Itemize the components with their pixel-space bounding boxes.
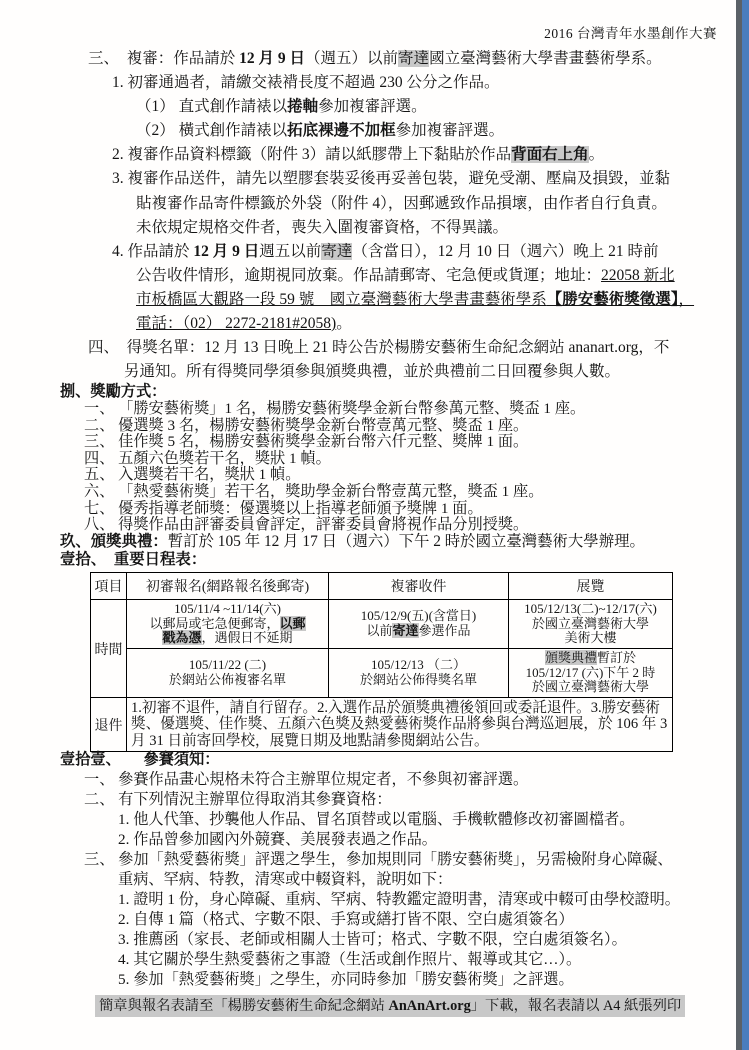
text-segment: 以前: [366, 623, 392, 638]
text-line: 電話：（02） 2272-2181#2058)。: [136, 312, 694, 336]
text-segment: 2. 作品曾參加國內外競賽、美展發表過之作品。: [118, 831, 437, 848]
text-segment: 1. 證明 1 份，身心障礙、重病、罕病、特教鑑定證明書，清寒或中輟可由學校證明…: [118, 891, 680, 908]
text-segment: 參選作品: [419, 623, 471, 638]
text-line: 壹拾、 重要日程表：: [60, 551, 206, 569]
text-line: 2. 複審作品資料標籤（附件 3）請以紙膠帶上下黏貼於作品背面右上角。: [112, 143, 694, 167]
text-segment: 八、 得獎作品由評審委員會評定，評審委員會將視作品分別授獎。: [84, 516, 528, 533]
text-segment: 一、 參賽作品畫心規格未符合主辦單位規定者，不參與初審評選。: [84, 771, 528, 788]
text-line: 105/12/9(五)(含當日): [331, 609, 506, 624]
text-line: 二、 有下列情況主辦單位得取消其參賽資格：: [84, 790, 680, 810]
text-segment: 寄達: [398, 50, 429, 67]
text-line: 公告收件情形，逾期視同放棄。作品請郵寄、宅急便或貨運；地址：22058 新北: [136, 264, 694, 288]
text-line: 4. 作品請於 12 月 9 日週五以前寄達（含當日），12 月 10 日（週六…: [112, 240, 694, 264]
text-segment: （1） 直式創作請裱以: [136, 98, 287, 115]
text-segment: （週五）以前: [305, 50, 398, 67]
footer-download-note: 簡章與報名表請至「楊勝安藝術生命紀念網站 AnAnArt.org」下載，報名表請…: [95, 995, 685, 1017]
text-segment: 1.初審不退件，請自行留存。2.入選作品於頒獎典禮後領回或委託退件。3.勝安藝術…: [131, 700, 667, 749]
schedule-cell-return-policy: 1.初審不退件，請自行留存。2.入選作品於頒獎典禮後領回或委託退件。3.勝安藝術…: [127, 698, 673, 752]
text-line: 3. 推薦函（家長、老師或相關人士皆可；格式、字數不限，空白處須簽名）。: [118, 930, 680, 950]
text-segment: 未依規定規格交件者，喪失入圍複審資格，不得異議。: [136, 219, 508, 236]
text-line: 105/11/4 ~11/14(六): [129, 602, 326, 617]
text-segment: 捲軸: [287, 98, 318, 115]
text-line: 以前寄達參選作品: [331, 624, 506, 639]
text-segment: 2. 自傳 1 篇（格式、字數不限、手寫或繕打皆不限、空白處須簽名）: [118, 911, 574, 928]
text-segment: 週五以前: [259, 243, 321, 260]
text-line: 二、 優選獎 3 名，楊勝安藝術獎學金新台幣壹萬元整、獎盃 1 座。: [84, 418, 585, 435]
section-review: 三、 複審：作品請於 12 月 9 日（週五）以前寄達國立臺灣藝術大學書畫藝術學…: [88, 47, 694, 384]
text-segment: 105/11/4 ~11/14(六): [174, 601, 281, 616]
text-line: 5. 參加「熱愛藝術獎」之學生，亦同時參加「勝安藝術獎」之評選。: [118, 970, 680, 990]
text-segment: 三、 複審：作品請於: [88, 50, 239, 67]
text-line: 貼複審作品寄件標籤於外袋（附件 4），因郵遞致作品損壞，由作者自行負責。: [136, 192, 694, 216]
text-segment: 公告收件情形，逾期視同放棄。作品請郵寄、宅急便或貨運；地址：: [136, 267, 601, 284]
text-line: 壹拾壹、 參賽須知：: [60, 750, 680, 770]
text-segment: 二、 有下列情況主辦單位得取消其參賽資格：: [84, 791, 392, 808]
text-line: 戳為憑，遇假日不延期: [129, 631, 326, 646]
text-segment: 三、 佳作獎 5 名，楊勝安藝術獎學金新台幣六仟元整、獎牌 1 面。: [84, 433, 528, 450]
text-segment: 四、 得獎名單：12 月 13 日晚上 21 時公告於楊勝安藝術生命紀念網站 a…: [88, 339, 669, 356]
text-segment: 另通知。所有得獎同學須參與頒獎典禮，並於典禮前二日回覆參與人數。: [124, 363, 620, 380]
schedule-time-row-1: 時間 105/11/4 ~11/14(六)以郵局或宅急便郵寄，以郵戳為憑，遇假日…: [91, 600, 673, 649]
text-segment: 105/11/22 (二): [189, 657, 266, 672]
text-segment: 以郵局或宅急便郵寄，: [149, 616, 279, 631]
text-line: 3. 複審作品送件，請先以塑膠套裝妥後再妥善包裝，避免受潮、壓扁及損毀，並黏: [112, 167, 694, 191]
text-segment: 以郵: [280, 616, 306, 631]
text-segment: 」下載，報名表請以 A4 紙張列印: [471, 998, 681, 1014]
text-line: 於網站公佈複審名單: [129, 673, 326, 688]
text-segment: 5. 參加「熱愛藝術獎」之學生，亦同時參加「勝安藝術獎」之評選。: [118, 971, 574, 988]
text-line: 105/12/13 （二）: [331, 658, 506, 673]
text-line: 105/12/17 (六)下午 2 時: [511, 666, 670, 681]
text-segment: 105/12/13 （二）: [371, 657, 466, 672]
text-segment: 【勝安藝術獎徵選】: [547, 291, 679, 308]
text-line: 頒獎典禮暫訂於: [511, 651, 670, 666]
text-line: 1. 證明 1 份，身心障礙、重病、罕病、特教鑑定證明書，清寒或中輟可由學校證明…: [118, 890, 680, 910]
text-line: 4. 其它關於學生熱愛藝術之事證（生活或創作照片、報導或其它…）。: [118, 950, 680, 970]
text-segment: 簡章與報名表請至「楊勝安藝術生命紀念網站: [99, 998, 389, 1014]
page-edge-blue-strip: [742, 0, 749, 1050]
text-line: 於國立臺灣藝術大學: [511, 617, 670, 632]
text-segment: 於國立臺灣藝術大學: [532, 679, 649, 694]
text-segment: 重病、罕病、特教，清寒或中輟資料，說明如下：: [118, 871, 452, 888]
schedule-return-row: 退件 1.初審不退件，請自行留存。2.入選作品於頒獎典禮後領回或委託退件。3.勝…: [91, 698, 673, 752]
text-line: 三、 參加「熱愛藝術獎」評選之學生，參加規則同「勝安藝術獎」，另需檢附身心障礙、: [84, 850, 680, 870]
schedule-time-row-2: 105/11/22 (二)於網站公佈複審名單 105/12/13 （二）於網站公…: [91, 649, 673, 698]
schedule-col-header-exhibition: 展覽: [509, 573, 673, 600]
text-segment: 105/12/17 (六)下午 2 時: [526, 665, 656, 680]
text-line: 捌、獎勵方式：: [60, 384, 585, 401]
text-line: 2. 自傳 1 篇（格式、字數不限、手寫或繕打皆不限、空白處須簽名）: [118, 910, 680, 930]
section-schedule-heading: 壹拾、 重要日程表：: [60, 551, 206, 569]
text-line: 以郵局或宅急便郵寄，以郵: [129, 617, 326, 632]
text-segment: 3. 複審作品送件，請先以塑膠套裝妥後再妥善包裝，避免受潮、壓扁及損毀，並黏: [112, 170, 670, 187]
text-segment: 電話：（02） 2272-2181#2058): [136, 315, 336, 332]
text-segment: 壹拾壹、 參賽須知：: [60, 751, 219, 768]
text-segment: 105/12/9(五)(含當日): [361, 608, 477, 623]
text-segment: （2） 橫式創作請裱以: [136, 122, 287, 139]
section-notes: 壹拾壹、 參賽須知：一、 參賽作品畫心規格未符合主辦單位規定者，不參與初審評選。…: [60, 750, 680, 990]
text-segment: 國立臺灣藝術大學書畫藝術學系。: [429, 50, 662, 67]
schedule-row-label-return: 退件: [91, 698, 127, 752]
text-segment: 參加複審評選。: [396, 122, 505, 139]
text-segment: 於國立臺灣藝術大學: [532, 616, 649, 631]
text-segment: 12 月 9 日: [239, 50, 305, 67]
text-segment: 玖、頒獎典禮：: [60, 533, 168, 550]
page-header-title: 2016 台灣青年水墨創作大賽: [544, 22, 717, 42]
schedule-row-label-time: 時間: [91, 600, 127, 698]
text-segment: 頒獎典禮: [545, 650, 597, 665]
text-line: 玖、頒獎典禮：暫訂於 105 年 12 月 17 日（週六）下午 2 時於國立臺…: [60, 533, 645, 551]
text-segment: 貼複審作品寄件標籤於外袋（附件 4），因郵遞致作品損壞，由作者自行負責。: [136, 195, 667, 212]
text-segment: 五、 入選獎若干名，獎狀 1 幀。: [84, 466, 300, 483]
text-segment: 4. 其它關於學生熱愛藝術之事證（生活或創作照片、報導或其它…）。: [118, 951, 581, 968]
text-segment: 暫訂於: [597, 650, 636, 665]
text-segment: ，遇假日不延期: [202, 630, 293, 645]
text-line: 七、 優秀指導老師獎：優選獎以上指導老師頒予獎牌 1 面。: [84, 501, 585, 518]
schedule-cell-second-review-dates: 105/12/9(五)(含當日)以前寄達參選作品: [329, 600, 509, 649]
text-segment: 七、 優秀指導老師獎：優選獎以上指導老師頒予獎牌 1 面。: [84, 500, 483, 517]
text-line: 另通知。所有得獎同學須參與頒獎典禮，並於典禮前二日回覆參與人數。: [124, 360, 694, 384]
text-line: 三、 佳作獎 5 名，楊勝安藝術獎學金新台幣六仟元整、獎牌 1 面。: [84, 434, 585, 451]
text-segment: 寄達: [392, 623, 418, 638]
text-line: 市板橋區大觀路一段 59 號 國立臺灣藝術大學書畫藝術學系【勝安藝術獎徵選】，: [136, 288, 694, 312]
text-line: 八、 得獎作品由評審委員會評定，評審委員會將視作品分別授獎。: [84, 517, 585, 534]
text-segment: 105/12/13(二)~12/17(六): [524, 601, 657, 616]
text-segment: 於網站公佈得獎名單: [360, 672, 477, 687]
text-line: 於國立臺灣藝術大學: [511, 680, 670, 695]
text-segment: AnAnArt.org: [389, 998, 471, 1014]
text-line: 1. 他人代筆、抄襲他人作品、冒名頂替或以電腦、手機軟體修改初審圖檔者。: [118, 810, 680, 830]
text-segment: 2. 複審作品資料標籤（附件 3）請以紙膠帶上下黏貼於作品: [112, 146, 511, 163]
text-segment: 六、 「熱愛藝術獎」若干名，獎助學金新台幣壹萬元整，獎盃 1 座。: [84, 483, 543, 500]
section-ceremony: 玖、頒獎典禮：暫訂於 105 年 12 月 17 日（週六）下午 2 時於國立臺…: [60, 533, 645, 551]
text-segment: 暫訂於 105 年 12 月 17 日（週六）下午 2 時於國立臺灣藝術大學辦理…: [168, 533, 645, 550]
text-line: 美術大樓: [511, 631, 670, 646]
section-awards: 捌、獎勵方式：一、 「勝安藝術獎」1 名，楊勝安藝術獎學金新台幣參萬元整、獎盃 …: [60, 384, 585, 534]
text-segment: 背面右上角: [511, 146, 589, 163]
text-line: 重病、罕病、特教，清寒或中輟資料，說明如下：: [118, 870, 680, 890]
text-segment: 市板橋區大觀路一段 59 號 國立臺灣藝術大學書畫藝術學系: [136, 291, 547, 308]
text-segment: 3. 推薦函（家長、老師或相關人士皆可；格式、字數不限，空白處須簽名）。: [118, 931, 627, 948]
text-segment: 。: [589, 146, 605, 163]
text-line: 一、 參賽作品畫心規格未符合主辦單位規定者，不參與初審評選。: [84, 770, 680, 790]
text-line: 四、 五顏六色獎若干名，獎狀 1 幀。: [84, 451, 585, 468]
schedule-header-row: 項目 初審報名(網路報名後郵寄) 複審收件 展覽: [91, 573, 673, 600]
text-segment: 於網站公佈複審名單: [169, 672, 286, 687]
text-segment: 四、 五顏六色獎若干名，獎狀 1 幀。: [84, 450, 331, 467]
text-segment: 戳為憑: [162, 630, 201, 645]
text-line: 四、 得獎名單：12 月 13 日晚上 21 時公告於楊勝安藝術生命紀念網站 a…: [88, 336, 694, 360]
text-line: 三、 複審：作品請於 12 月 9 日（週五）以前寄達國立臺灣藝術大學書畫藝術學…: [88, 47, 694, 71]
text-segment: （含當日），12 月 10 日（週六）晚上 21 時前: [352, 243, 658, 260]
text-line: 一、 「勝安藝術獎」1 名，楊勝安藝術獎學金新台幣參萬元整、獎盃 1 座。: [84, 401, 585, 418]
text-segment: 1. 他人代筆、抄襲他人作品、冒名頂替或以電腦、手機軟體修改初審圖檔者。: [118, 811, 634, 828]
text-line: 105/11/22 (二): [129, 658, 326, 673]
schedule-cell-first-review-announce: 105/11/22 (二)於網站公佈複審名單: [127, 649, 329, 698]
schedule-cell-winner-announce: 105/12/13 （二）於網站公佈得獎名單: [329, 649, 509, 698]
text-segment: 4. 作品請於: [112, 243, 193, 260]
text-segment: 美術大樓: [564, 630, 616, 645]
text-segment: 二、 優選獎 3 名，楊勝安藝術獎學金新台幣壹萬元整、獎盃 1 座。: [84, 417, 528, 434]
schedule-col-header-first-review: 初審報名(網路報名後郵寄): [127, 573, 329, 600]
text-segment: 捌、獎勵方式：: [60, 383, 166, 400]
text-line: 未依規定規格交件者，喪失入圍複審資格，不得異議。: [136, 216, 694, 240]
schedule-col-header-second-review: 複審收件: [329, 573, 509, 600]
text-line: 2. 作品曾參加國內外競賽、美展發表過之作品。: [118, 830, 680, 850]
text-line: 六、 「熱愛藝術獎」若干名，獎助學金新台幣壹萬元整，獎盃 1 座。: [84, 484, 585, 501]
text-segment: 。: [336, 315, 352, 332]
text-line: （2） 橫式創作請裱以拓底裸邊不加框參加複審評選。: [136, 119, 694, 143]
text-segment: 壹拾、 重要日程表：: [60, 551, 206, 568]
text-segment: 1. 初審通過者，請繳交裱褙長度不超過 230 公分之作品。: [112, 74, 500, 91]
text-segment: 寄達: [321, 243, 352, 260]
text-line: 五、 入選獎若干名，獎狀 1 幀。: [84, 467, 585, 484]
text-segment: 22058 新北: [601, 267, 675, 284]
text-line: 1. 初審通過者，請繳交裱褙長度不超過 230 公分之作品。: [112, 71, 694, 95]
schedule-col-header-item: 項目: [91, 573, 127, 600]
text-segment: ，: [679, 291, 695, 308]
text-line: （1） 直式創作請裱以捲軸參加複審評選。: [136, 95, 694, 119]
text-line: 於網站公佈得獎名單: [331, 673, 506, 688]
text-segment: 12 月 9 日: [193, 243, 259, 260]
schedule-table: 項目 初審報名(網路報名後郵寄) 複審收件 展覽 時間 105/11/4 ~11…: [90, 572, 673, 752]
text-segment: 一、 「勝安藝術獎」1 名，楊勝安藝術獎學金新台幣參萬元整、獎盃 1 座。: [84, 400, 585, 417]
text-segment: 三、 參加「熱愛藝術獎」評選之學生，參加規則同「勝安藝術獎」，另需檢附身心障礙、: [84, 851, 673, 868]
text-segment: 參加複審評選。: [318, 98, 427, 115]
text-segment: 拓底裸邊不加框: [287, 122, 396, 139]
schedule-cell-exhibition-dates: 105/12/13(二)~12/17(六)於國立臺灣藝術大學美術大樓: [509, 600, 673, 649]
schedule-cell-ceremony-date: 頒獎典禮暫訂於105/12/17 (六)下午 2 時於國立臺灣藝術大學: [509, 649, 673, 698]
text-line: 105/12/13(二)~12/17(六): [511, 602, 670, 617]
schedule-cell-first-review-dates: 105/11/4 ~11/14(六)以郵局或宅急便郵寄，以郵戳為憑，遇假日不延期: [127, 600, 329, 649]
